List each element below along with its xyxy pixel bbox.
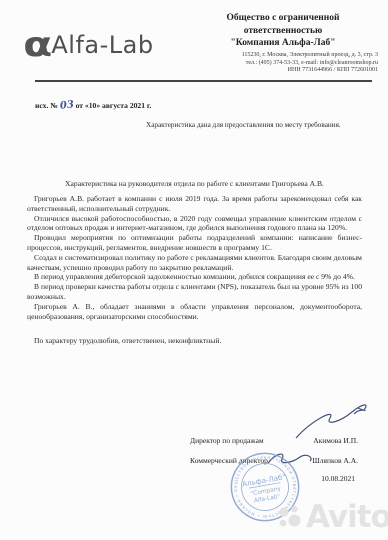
outgoing-date: от «10» августа 2021 г. (76, 101, 152, 110)
logo-text: Alfa-Lab (51, 31, 153, 59)
avito-logo-icon (277, 503, 303, 531)
document-page: α Alfa-Lab Общество с ограниченной ответ… (0, 0, 388, 540)
company-contacts-block: 115230, г. Москва, Электролитный проезд,… (158, 52, 378, 75)
body-paragraph: Создал и систематизировал политику по ра… (27, 253, 362, 273)
document-date: 10.08.2021 (321, 474, 355, 483)
avito-watermark-text: Avito (306, 499, 388, 535)
alpha-logo-icon: α (23, 30, 52, 60)
body-paragraph: В период управления дебиторской задолжен… (27, 272, 362, 282)
company-name-line: Общество с ограниченной (188, 12, 378, 25)
outgoing-prefix: исх. № (35, 101, 58, 110)
body-paragraph: Григорьев А. В., обладает знаниями в обл… (27, 302, 362, 322)
signer-name: Акимова И.П. (313, 436, 358, 445)
company-name-line: ответственностью (188, 25, 378, 38)
company-phone-email: тел.: (495) 374-53-33, e-mail: info@clea… (158, 60, 378, 68)
company-name-block: Общество с ограниченной ответственностью… (188, 12, 378, 50)
outgoing-number-line: исх. № 03 от «10» августа 2021 г. (35, 100, 151, 111)
purpose-line: Характеристика дана для предоставления п… (146, 121, 341, 129)
avito-watermark: Avito (277, 499, 388, 535)
signer-name: Шляпков А.А. (312, 456, 358, 465)
body-paragraph: В период проверки качества работы отдела… (27, 282, 362, 302)
signer-title: Директор по продажам (190, 436, 264, 445)
body-paragraph: Проводил мероприятия по оптимизации рабо… (27, 233, 362, 253)
company-address: 115230, г. Москва, Электролитный проезд,… (158, 52, 378, 60)
company-name-line: "Компания Альфа-Лаб" (188, 37, 378, 50)
body-paragraph: Григорьев А.В. работает в компании с июл… (27, 194, 362, 214)
body-paragraph: Отличился высокой работоспособностью, в … (27, 214, 362, 234)
document-title: Характеристика на руководителя отдела по… (27, 179, 362, 188)
company-logo: α Alfa-Lab (26, 30, 154, 60)
company-inn-kpp: ИНН 7731644966 / КПП 772601001 (158, 67, 378, 75)
handwritten-number: 03 (59, 99, 74, 111)
closing-line: По характеру трудолюбив, ответственен, н… (27, 336, 362, 346)
header-divider (35, 80, 372, 82)
document-body: Григорьев А.В. работает в компании с июл… (27, 194, 362, 346)
